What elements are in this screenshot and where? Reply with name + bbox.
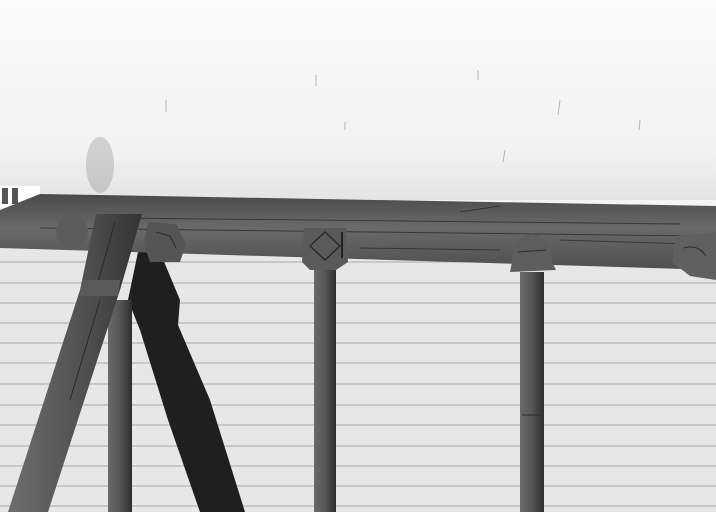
photograph: Black-and-white photograph of a carved t… — [0, 0, 716, 512]
photo-canvas — [0, 0, 716, 512]
plaster-wall — [0, 0, 716, 208]
carved-boss-diamond — [302, 228, 348, 270]
